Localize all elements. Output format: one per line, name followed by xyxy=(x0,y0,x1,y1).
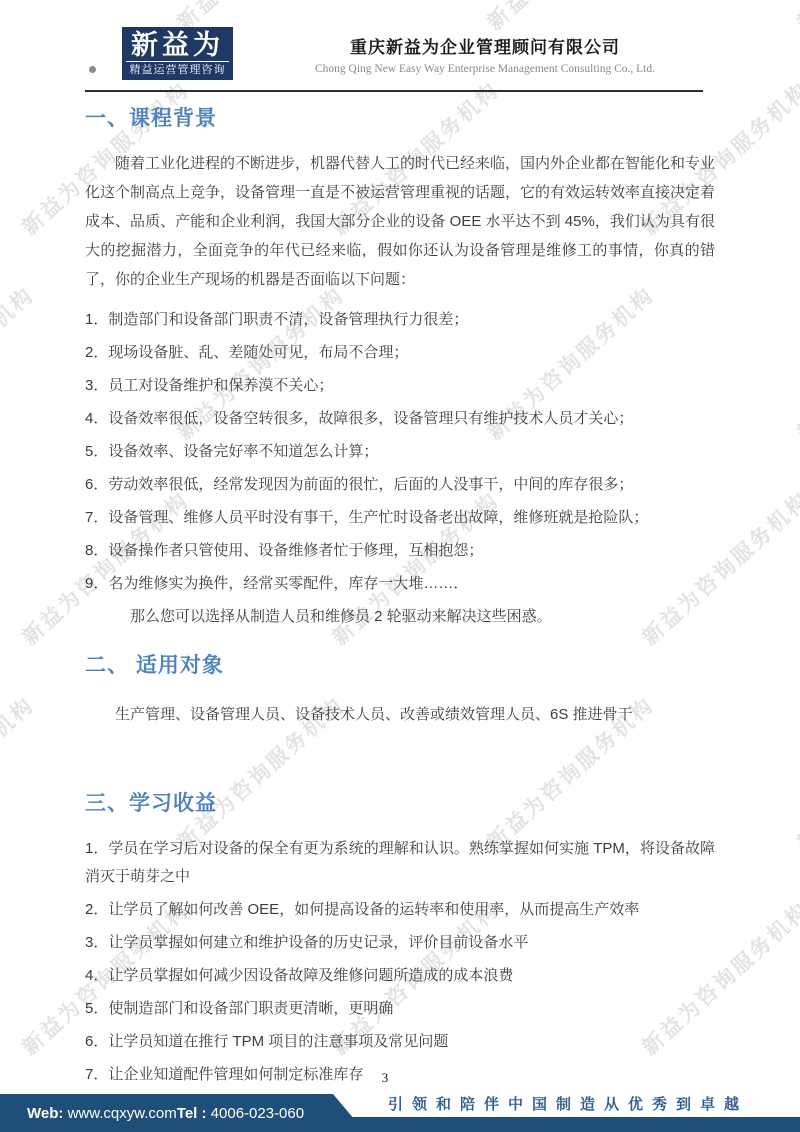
list-item: 5．设备效率、设备完好率不知道怎么计算； xyxy=(85,435,715,468)
header-titles: 重庆新益为企业管理顾问有限公司 Chong Qing New Easy Way … xyxy=(250,33,720,76)
list-item: 2．现场设备脏、乱、差随处可见，布局不合理； xyxy=(85,336,715,369)
background-intro-paragraph: 随着工业化进程的不断进步，机器代替人工的时代已经来临，国内外企业都在智能化和专业… xyxy=(85,149,715,294)
header-divider xyxy=(85,90,703,92)
section-target-audience: 二、 适用对象 生产管理、设备管理人员、设备技术人员、改善或绩效管理人员、6S … xyxy=(85,649,715,727)
section-title: 三、学习收益 xyxy=(85,787,715,817)
list-item: 9．名为维修实为换件，经常买零配件，库存一大堆……． xyxy=(85,567,715,600)
logo-text: 新益为 xyxy=(122,30,233,60)
bullet-dot-icon xyxy=(89,66,96,73)
section-title: 二、 适用对象 xyxy=(85,649,715,679)
list-item: 4．让学员掌握如何减少因设备故障及维修问题所造成的成本浪费 xyxy=(85,960,715,993)
list-item: 3．员工对设备维护和保养漠不关心； xyxy=(85,369,715,402)
website-url: www.cqxyw.com xyxy=(68,1105,177,1122)
list-item: 7．设备管理、维修人员平时没有事干，生产忙时设备老出故障，维修班就是抢险队； xyxy=(85,501,715,534)
watermark-text: 新益为咨询服务机构 xyxy=(790,689,800,856)
document-body: 一、课程背景 随着工业化进程的不断进步，机器代替人工的时代已经来临，国内外企业都… xyxy=(85,102,715,1092)
list-item: 1．学员在学习后对设备的保全有更为系统的理解和认识。熟练掌握如何实施 TPM，将… xyxy=(85,833,715,894)
watermark-text: 新益为咨询服务机构 xyxy=(790,279,800,446)
company-name-cn: 重庆新益为企业管理顾问有限公司 xyxy=(250,33,720,58)
tel-label: Tel : xyxy=(177,1105,207,1122)
section-title: 一、课程背景 xyxy=(85,102,715,132)
audience-text: 生产管理、设备管理人员、设备技术人员、改善或绩效管理人员、6S 推进骨干 xyxy=(85,703,715,727)
problem-list: 1．制造部门和设备部门职责不清，设备管理执行力很差； 2．现场设备脏、乱、差随处… xyxy=(85,303,715,600)
watermark-text: 新益为咨询服务机构 xyxy=(0,689,41,856)
list-item: 6．劳动效率很低，经常发现因为前面的很忙，后面的人没事干，中间的库存很多； xyxy=(85,468,715,501)
company-logo: 新益为 精益运营管理咨询 xyxy=(122,27,233,80)
section-course-background: 一、课程背景 随着工业化进程的不断进步，机器代替人工的时代已经来临，国内外企业都… xyxy=(85,102,715,629)
list-item: 1．制造部门和设备部门职责不清，设备管理执行力很差； xyxy=(85,303,715,336)
logo-subtitle: 精益运营管理咨询 xyxy=(126,61,229,77)
list-item: 8．设备操作者只管使用、设备维修者忙于修理，互相抱怨； xyxy=(85,534,715,567)
company-name-en: Chong Qing New Easy Way Enterprise Manag… xyxy=(300,63,670,76)
background-closing-line: 那么您可以选择从制造人员和维修员 2 轮驱动来解决这些困惑。 xyxy=(85,600,715,629)
benefit-list: 1．学员在学习后对设备的保全有更为系统的理解和认识。熟练掌握如何实施 TPM，将… xyxy=(85,833,715,1092)
web-label: Web: xyxy=(27,1105,63,1122)
document-page: 新益为咨询服务机构新益为咨询服务机构新益为咨询服务机构新益为咨询服务机构新益为咨… xyxy=(0,0,800,1132)
list-item: 4．设备效率很低，设备空转很多，故障很多，设备管理只有维护技术人员才关心； xyxy=(85,402,715,435)
list-item: 2．让学员了解如何改善 OEE，如何提高设备的运转率和使用率，从而提高生产效率 xyxy=(85,894,715,927)
watermark-text: 新益为咨询服务机构 xyxy=(0,279,41,446)
page-number: 3 xyxy=(0,1070,770,1086)
phone-number: 4006-023-060 xyxy=(211,1105,304,1122)
list-item: 5．使制造部门和设备部门职责更清晰，更明确 xyxy=(85,993,715,1026)
section-learning-benefits: 三、学习收益 1．学员在学习后对设备的保全有更为系统的理解和认识。熟练掌握如何实… xyxy=(85,787,715,1092)
footer-contact-bar: Web: www.cqxyw.comTel : 4006-023-060 xyxy=(0,1094,365,1132)
page-header: 新益为 精益运营管理咨询 重庆新益为企业管理顾问有限公司 Chong Qing … xyxy=(0,0,800,95)
list-item: 6．让学员知道在推行 TPM 项目的注意事项及常见问题 xyxy=(85,1026,715,1059)
footer-slogan: 引领和陪伴中国制造从优秀到卓越 xyxy=(388,1093,748,1114)
list-item: 3．让学员掌握如何建立和维护设备的历史记录，评价目前设备水平 xyxy=(85,927,715,960)
